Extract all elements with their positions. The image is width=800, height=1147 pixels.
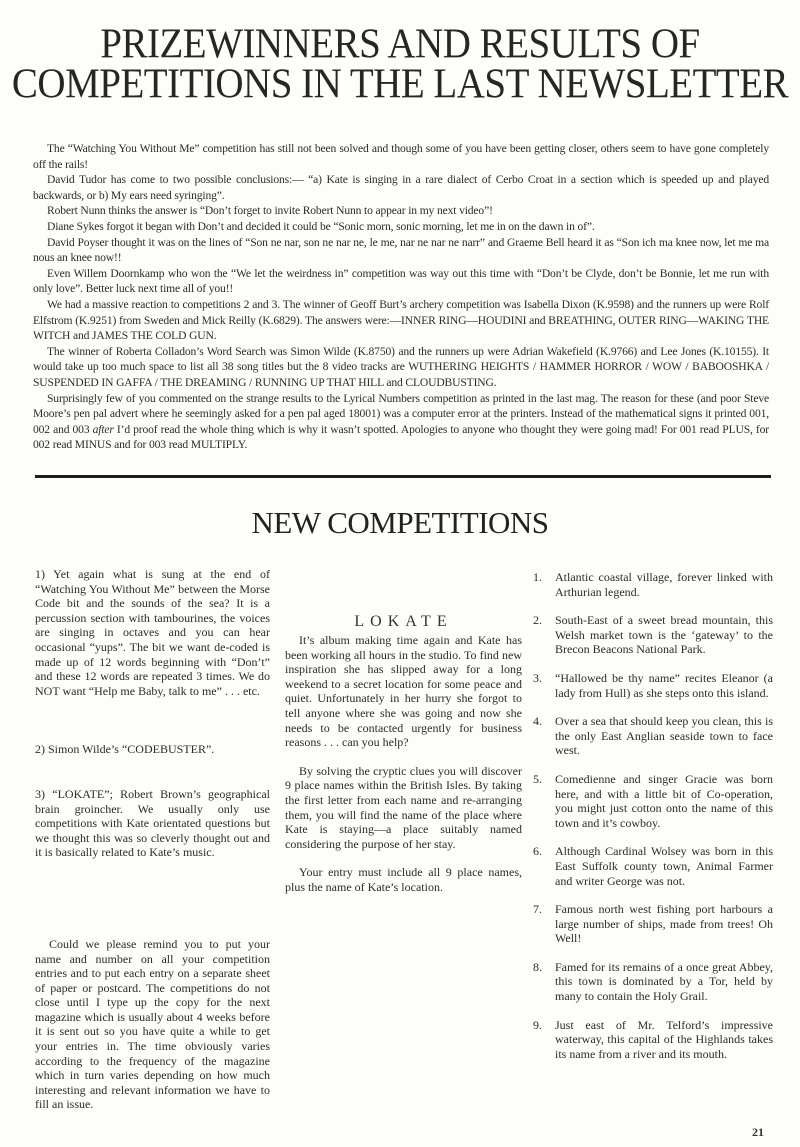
clue-item: 6. Although Cardinal Wolsey was born in … [533, 844, 773, 888]
clue-number: 6. [533, 844, 555, 888]
clue-item: 7. Famous north west fishing port harbou… [533, 902, 773, 946]
new-competitions-title: NEW COMPETITIONS [0, 506, 800, 540]
results-paragraph: The winner of Roberta Colladon’s Word Se… [33, 344, 769, 391]
competitions-list-column: 1) Yet again what is sung at the end of … [35, 567, 270, 1112]
clue-item: 8. Famed for its remains of a once great… [533, 960, 773, 1004]
clue-number: 1. [533, 570, 555, 599]
clue-item: 4. Over a sea that should keep you clean… [533, 714, 773, 758]
clue-number: 7. [533, 902, 555, 946]
clue-number: 3. [533, 671, 555, 700]
clue-item: 5. Comedienne and singer Gracie was born… [533, 772, 773, 830]
results-paragraph: David Tudor has come to two possible con… [33, 172, 769, 203]
clue-number: 4. [533, 714, 555, 758]
clue-number: 8. [533, 960, 555, 1004]
lokate-intro: It’s album making time again and Kate ha… [285, 633, 522, 750]
section-divider [35, 475, 771, 478]
results-paragraph: Diane Sykes forgot it began with Don’t a… [33, 219, 769, 235]
competition-item-3: 3) “LOKATE”; Robert Brown’s geographical… [35, 787, 270, 860]
clue-number: 9. [533, 1018, 555, 1062]
clue-text: Atlantic coastal village, forever linked… [555, 570, 773, 599]
results-paragraph: David Poyser thought it was on the lines… [33, 235, 769, 266]
results-paragraph: Robert Nunn thinks the answer is “Don’t … [33, 203, 769, 219]
lokate-entry-requirements: Your entry must include all 9 place name… [285, 865, 522, 894]
clue-text: Over a sea that should keep you clean, t… [555, 714, 773, 758]
clue-item: 9. Just east of Mr. Telford’s impressive… [533, 1018, 773, 1062]
clue-item: 1. Atlantic coastal village, forever lin… [533, 570, 773, 599]
clue-item: 3. “Hallowed be thy name” recites Eleano… [533, 671, 773, 700]
results-paragraph-last: Surprisingly few of you commented on the… [33, 391, 769, 453]
results-title: PRIZEWINNERS AND RESULTS OF COMPETITIONS… [0, 24, 800, 104]
clue-text: Famed for its remains of a once great Ab… [555, 960, 773, 1004]
results-body: The “Watching You Without Me” competitio… [33, 141, 769, 453]
italic-text: after [93, 423, 114, 436]
clue-text: Famous north west fishing port harbours … [555, 902, 773, 946]
clue-text: Comedienne and singer Gracie was born he… [555, 772, 773, 830]
lokate-instructions: By solving the cryptic clues you will di… [285, 764, 522, 852]
clue-number: 2. [533, 613, 555, 657]
text-run: I’d proof read the whole thing which is … [33, 423, 769, 452]
competition-item-1: 1) Yet again what is sung at the end of … [35, 567, 270, 698]
clue-number: 5. [533, 772, 555, 830]
results-paragraph: The “Watching You Without Me” competitio… [33, 141, 769, 172]
lokate-column: LOKATE It’s album making time again and … [285, 613, 522, 895]
page-number: 21 [752, 1125, 764, 1140]
clue-text: “Hallowed be thy name” recites Eleanor (… [555, 671, 773, 700]
clues-column: 1. Atlantic coastal village, forever lin… [533, 570, 773, 1075]
newsletter-page: PRIZEWINNERS AND RESULTS OF COMPETITIONS… [0, 0, 800, 1147]
results-paragraph: We had a massive reaction to competition… [33, 297, 769, 344]
clue-text: Although Cardinal Wolsey was born in thi… [555, 844, 773, 888]
clue-item: 2. South-East of a sweet bread mountain,… [533, 613, 773, 657]
entries-reminder: Could we please remind you to put your n… [35, 937, 270, 1112]
clue-text: Just east of Mr. Telford’s impressive wa… [555, 1018, 773, 1062]
lokate-heading: LOKATE [285, 613, 522, 631]
results-paragraph: Even Willem Doornkamp who won the “We le… [33, 266, 769, 297]
clue-text: South-East of a sweet bread mountain, th… [555, 613, 773, 657]
competition-item-2: 2) Simon Wilde’s “CODEBUSTER”. [35, 742, 270, 757]
